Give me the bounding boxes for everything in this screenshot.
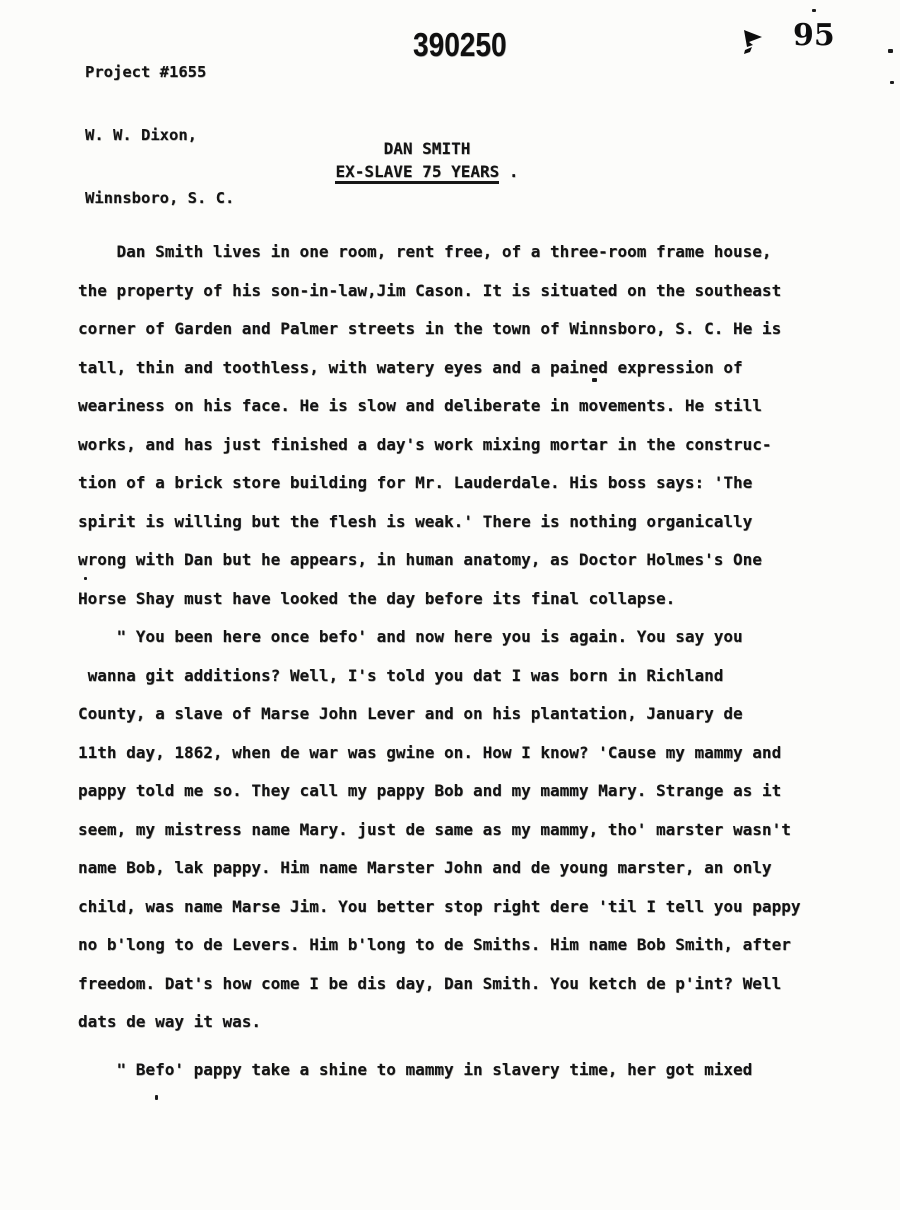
paragraph: " You been here once befo' and now here … — [78, 618, 878, 1042]
paragraph: Dan Smith lives in one room, rent free, … — [78, 233, 878, 618]
text-line: seem, my mistress name Mary. just de sam… — [78, 811, 878, 850]
text-line: weariness on his face. He is slow and de… — [78, 387, 878, 426]
narrative-text: Dan Smith lives in one room, rent free, … — [78, 233, 878, 1089]
text-line: wrong with Dan but he appears, in human … — [78, 541, 878, 580]
text-line: corner of Garden and Palmer streets in t… — [78, 310, 878, 349]
text-line: Horse Shay must have looked the day befo… — [78, 580, 878, 619]
title-subtitle-text: EX-SLAVE 75 YEARS — [335, 162, 499, 184]
text-line: pappy told me so. They call my pappy Bob… — [78, 772, 878, 811]
scan-speckle — [888, 49, 893, 53]
scan-speckle — [812, 9, 816, 12]
text-line: name Bob, lak pappy. Him name Marster Jo… — [78, 849, 878, 888]
scan-speckle — [155, 1095, 158, 1100]
text-line: " Befo' pappy take a shine to mammy in s… — [78, 1051, 878, 1090]
text-line: wanna git additions? Well, I's told you … — [78, 657, 878, 696]
text-line: County, a slave of Marse John Lever and … — [78, 695, 878, 734]
catalog-number: 390250 — [413, 26, 507, 64]
page-number: 95 — [793, 18, 835, 53]
text-line: works, and has just finished a day's wor… — [78, 426, 878, 465]
text-line: child, was name Marse Jim. You better st… — [78, 888, 878, 927]
title-subtitle: EX-SLAVE 75 YEARS . — [0, 160, 854, 183]
project-header: Project #1655 W. W. Dixon, Winnsboro, S.… — [85, 20, 234, 251]
title-name: DAN SMITH — [0, 137, 854, 160]
text-line: " You been here once befo' and now here … — [78, 618, 878, 657]
text-line: dats de way it was. — [78, 1003, 878, 1042]
text-line: the property of his son-in-law,Jim Cason… — [78, 272, 878, 311]
text-line: Dan Smith lives in one room, rent free, … — [78, 233, 878, 272]
title-subtitle-period: . — [499, 162, 518, 181]
scanned-document-page: Project #1655 W. W. Dixon, Winnsboro, S.… — [0, 0, 900, 1210]
scan-speckle — [890, 81, 894, 84]
scan-speckle — [592, 378, 597, 382]
author-location: Winnsboro, S. C. — [85, 188, 234, 209]
project-number: Project #1655 — [85, 62, 234, 83]
text-line: freedom. Dat's how come I be dis day, Da… — [78, 965, 878, 1004]
ink-blot-mark — [741, 27, 767, 63]
scan-speckle — [84, 577, 87, 580]
text-line: spirit is willing but the flesh is weak.… — [78, 503, 878, 542]
document-title: DAN SMITH EX-SLAVE 75 YEARS . — [0, 137, 854, 183]
text-line: 11th day, 1862, when de war was gwine on… — [78, 734, 878, 773]
text-line: no b'long to de Levers. Him b'long to de… — [78, 926, 878, 965]
text-line: tion of a brick store building for Mr. L… — [78, 464, 878, 503]
text-line: tall, thin and toothless, with watery ey… — [78, 349, 878, 388]
paragraph: " Befo' pappy take a shine to mammy in s… — [78, 1051, 878, 1090]
